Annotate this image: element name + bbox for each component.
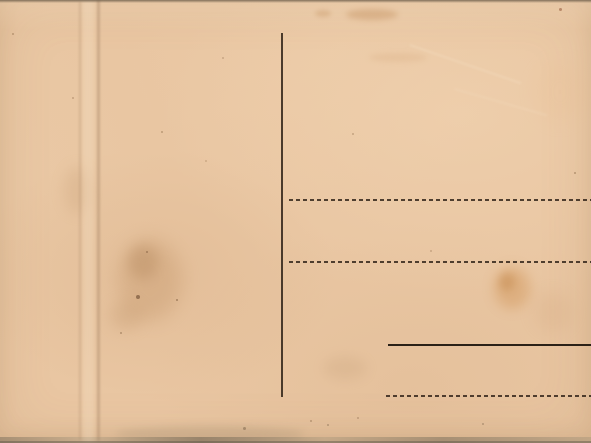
speckle bbox=[136, 295, 140, 299]
speckle bbox=[222, 57, 224, 59]
speckle bbox=[310, 420, 312, 422]
speckle bbox=[161, 131, 163, 133]
speckle bbox=[357, 417, 359, 419]
speckle bbox=[482, 423, 484, 425]
speckle bbox=[205, 160, 207, 162]
speckles-layer bbox=[0, 0, 591, 443]
bottom-edge-shadow bbox=[0, 437, 591, 443]
speckle bbox=[72, 97, 74, 99]
speckle bbox=[430, 250, 432, 252]
postcard-back bbox=[0, 0, 591, 443]
top-edge-shadow bbox=[0, 0, 591, 3]
speckle bbox=[146, 251, 148, 253]
speckle bbox=[12, 33, 14, 35]
speckle bbox=[243, 427, 246, 430]
speckle bbox=[559, 8, 562, 11]
speckle bbox=[120, 332, 122, 334]
speckle bbox=[352, 133, 354, 135]
speckle bbox=[574, 172, 576, 174]
speckle bbox=[176, 299, 178, 301]
speckle bbox=[327, 424, 329, 426]
